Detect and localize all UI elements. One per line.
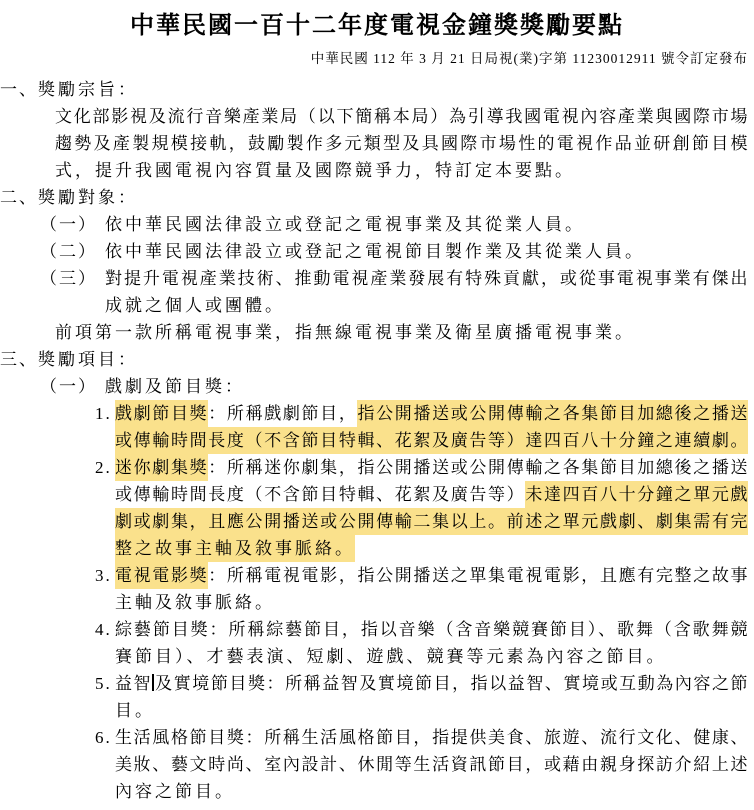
numbered-item-line: 6. 生活風格節目獎：所稱生活風格節目，指提供美食、旅遊、流行文化、健康、 <box>0 724 754 751</box>
text-segment: 目。 <box>115 701 155 720</box>
list-marker: 一、 <box>0 76 38 103</box>
list-item-line: （一） 依中華民國法律設立或登記之電視事業及其從業人員。 <box>0 211 754 238</box>
list-marker: （二） <box>40 238 105 265</box>
text-segment: 綜藝節目獎：所稱綜藝節目，指以音樂（含音樂競賽節目）、歌舞（含歌舞競 <box>115 620 748 639</box>
list-marker: 2. <box>95 454 115 481</box>
numbered-item-line: 4. 綜藝節目獎：所稱綜藝節目，指以音樂（含音樂競賽節目）、歌舞（含歌舞競 <box>0 616 754 643</box>
paragraph-line: 趨勢及產製規模接軌，鼓勵製作多元類型及具國際市場性的電視作品並研創節目模 <box>0 130 754 157</box>
list-marker: 三、 <box>0 346 38 373</box>
text-segment: ：所稱迷你劇集，指公開播送或公開傳輸之各集節目加總後之播送 <box>208 458 748 477</box>
text-segment: 益智 <box>115 674 152 693</box>
document-title: 中華民國一百十二年度電視金鐘獎獎勵要點 <box>0 0 754 42</box>
highlighted-segment: 戲劇節目獎 <box>115 400 208 427</box>
highlighted-segment: 整之故事主軸及敘事脈絡。 <box>115 535 355 562</box>
highlighted-segment: 指公開播送或公開傳輸之各集節目加總後之播送 <box>357 400 748 427</box>
highlighted-segment: 迷你劇集獎 <box>115 454 208 481</box>
document-body: 一、 獎勵宗旨： 文化部影視及流行音樂產業局（以下簡稱本局）為引導我國電視內容產… <box>0 76 754 805</box>
list-marker: 4. <box>95 616 115 643</box>
text-segment: 獎勵項目： <box>38 350 138 369</box>
text-segment: 主軸及敘事脈絡。 <box>115 593 275 612</box>
highlighted-segment: 劇或劇集，且應公開播送或公開傳輸二集以上。前述之單元戲劇、劇集需有完 <box>115 508 748 535</box>
continuation-line: 成就之個人或團體。 <box>0 292 754 319</box>
paragraph-line: 式，提升我國電視內容質量及國際競爭力，特訂定本要點。 <box>0 157 754 184</box>
text-segment: 戲劇及節目獎： <box>105 377 245 396</box>
list-marker: （三） <box>40 265 105 292</box>
text-segment: 依中華民國法律設立或登記之電視節目製作業及其從業人員。 <box>105 242 645 261</box>
text-segment: ：所稱電視電影，指公開播送之單集電視電影，且應有完整之故事 <box>208 566 748 585</box>
highlighted-segment: 或傳輸時間長度（不含節目特輯、花絮及廣告等）達四百八十分鐘之連續劇。 <box>115 427 748 454</box>
list-marker: （一） <box>40 373 105 400</box>
text-segment: ：所稱戲劇節目， <box>208 404 357 423</box>
text-segment: 成就之個人或團體。 <box>105 296 285 315</box>
text-segment: 生活風格節目獎：所稱生活風格節目，指提供美食、旅遊、流行文化、健康、 <box>115 728 748 747</box>
section-heading: 一、 獎勵宗旨： <box>0 76 754 103</box>
section-heading: 二、 獎勵對象： <box>0 184 754 211</box>
numbered-item-line: 1. 戲劇節目獎：所稱戲劇節目，指公開播送或公開傳輸之各集節目加總後之播送 <box>0 400 754 427</box>
text-segment: 美妝、藝文時尚、室內設計、休閒等生活資訊節目，或藉由親身探訪介紹上述 <box>115 755 748 774</box>
highlighted-segment: 未達四百八十分鐘之單元戲 <box>525 481 748 508</box>
continuation-line: 主軸及敘事脈絡。 <box>0 589 754 616</box>
continuation-line: 或傳輸時間長度（不含節目特輯、花絮及廣告等）達四百八十分鐘之連續劇。 <box>0 427 754 454</box>
continuation-line: 美妝、藝文時尚、室內設計、休閒等生活資訊節目，或藉由親身探訪介紹上述 <box>0 751 754 778</box>
numbered-item-line: 5. 益智及實境節目獎：所稱益智及實境節目，指以益智、實境或互動為內容之節 <box>0 670 754 697</box>
text-segment: 對提升電視產業技術、推動電視產業發展有特殊貢獻，或從事電視事業有傑出 <box>105 269 748 288</box>
text-segment: 獎勵對象： <box>38 188 138 207</box>
text-segment: 或傳輸時間長度（不含節目特輯、花絮及廣告等） <box>115 485 525 504</box>
continuation-line: 或傳輸時間長度（不含節目特輯、花絮及廣告等）未達四百八十分鐘之單元戲 <box>0 481 754 508</box>
text-segment: 依中華民國法律設立或登記之電視事業及其從業人員。 <box>105 215 585 234</box>
list-marker: （一） <box>40 211 105 238</box>
list-marker: 3. <box>95 562 115 589</box>
paragraph-line: 前項第一款所稱電視事業，指無線電視事業及衛星廣播電視事業。 <box>0 319 754 346</box>
list-marker: 二、 <box>0 184 38 211</box>
continuation-line: 目。 <box>0 697 754 724</box>
text-segment: 文化部影視及流行音樂產業局（以下簡稱本局）為引導我國電視內容產業與國際市場 <box>55 107 748 126</box>
list-item-line: （三） 對提升電視產業技術、推動電視產業發展有特殊貢獻，或從事電視事業有傑出 <box>0 265 754 292</box>
continuation-line: 劇或劇集，且應公開播送或公開傳輸二集以上。前述之單元戲劇、劇集需有完 <box>0 508 754 535</box>
publication-info: 中華民國 112 年 3 月 21 日局視(業)字第 11230012911 號… <box>0 50 754 68</box>
list-marker: 5. <box>95 670 115 697</box>
continuation-line: 內容之節目。 <box>0 778 754 805</box>
continuation-line: 整之故事主軸及敘事脈絡。 <box>0 535 754 562</box>
text-segment: 式，提升我國電視內容質量及國際競爭力，特訂定本要點。 <box>55 161 575 180</box>
list-marker: 1. <box>95 400 115 427</box>
text-segment: 前項第一款所稱電視事業，指無線電視事業及衛星廣播電視事業。 <box>55 323 635 342</box>
text-segment: 內容之節目。 <box>115 782 235 801</box>
text-segment: 賽節目）、才藝表演、短劇、遊戲、競賽等元素為內容之節目。 <box>115 647 667 666</box>
text-segment: 及實境節目獎：所稱益智及實境節目，指以益智、實境或互動為內容之節 <box>154 674 748 693</box>
numbered-item-line: 2. 迷你劇集獎：所稱迷你劇集，指公開播送或公開傳輸之各集節目加總後之播送 <box>0 454 754 481</box>
list-item-line: （二） 依中華民國法律設立或登記之電視節目製作業及其從業人員。 <box>0 238 754 265</box>
continuation-line: 賽節目）、才藝表演、短劇、遊戲、競賽等元素為內容之節目。 <box>0 643 754 670</box>
paragraph-line: 文化部影視及流行音樂產業局（以下簡稱本局）為引導我國電視內容產業與國際市場 <box>0 103 754 130</box>
numbered-item-line: 3. 電視電影獎：所稱電視電影，指公開播送之單集電視電影，且應有完整之故事 <box>0 562 754 589</box>
highlighted-segment: 電視電影獎 <box>115 562 208 589</box>
section-heading: 三、 獎勵項目： <box>0 346 754 373</box>
text-segment: 趨勢及產製規模接軌，鼓勵製作多元類型及具國際市場性的電視作品並研創節目模 <box>55 134 748 153</box>
text-segment: 獎勵宗旨： <box>38 80 138 99</box>
document-page[interactable]: 中華民國一百十二年度電視金鐘獎獎勵要點 中華民國 112 年 3 月 21 日局… <box>0 0 754 810</box>
list-item-line: （一） 戲劇及節目獎： <box>0 373 754 400</box>
list-marker: 6. <box>95 724 115 751</box>
